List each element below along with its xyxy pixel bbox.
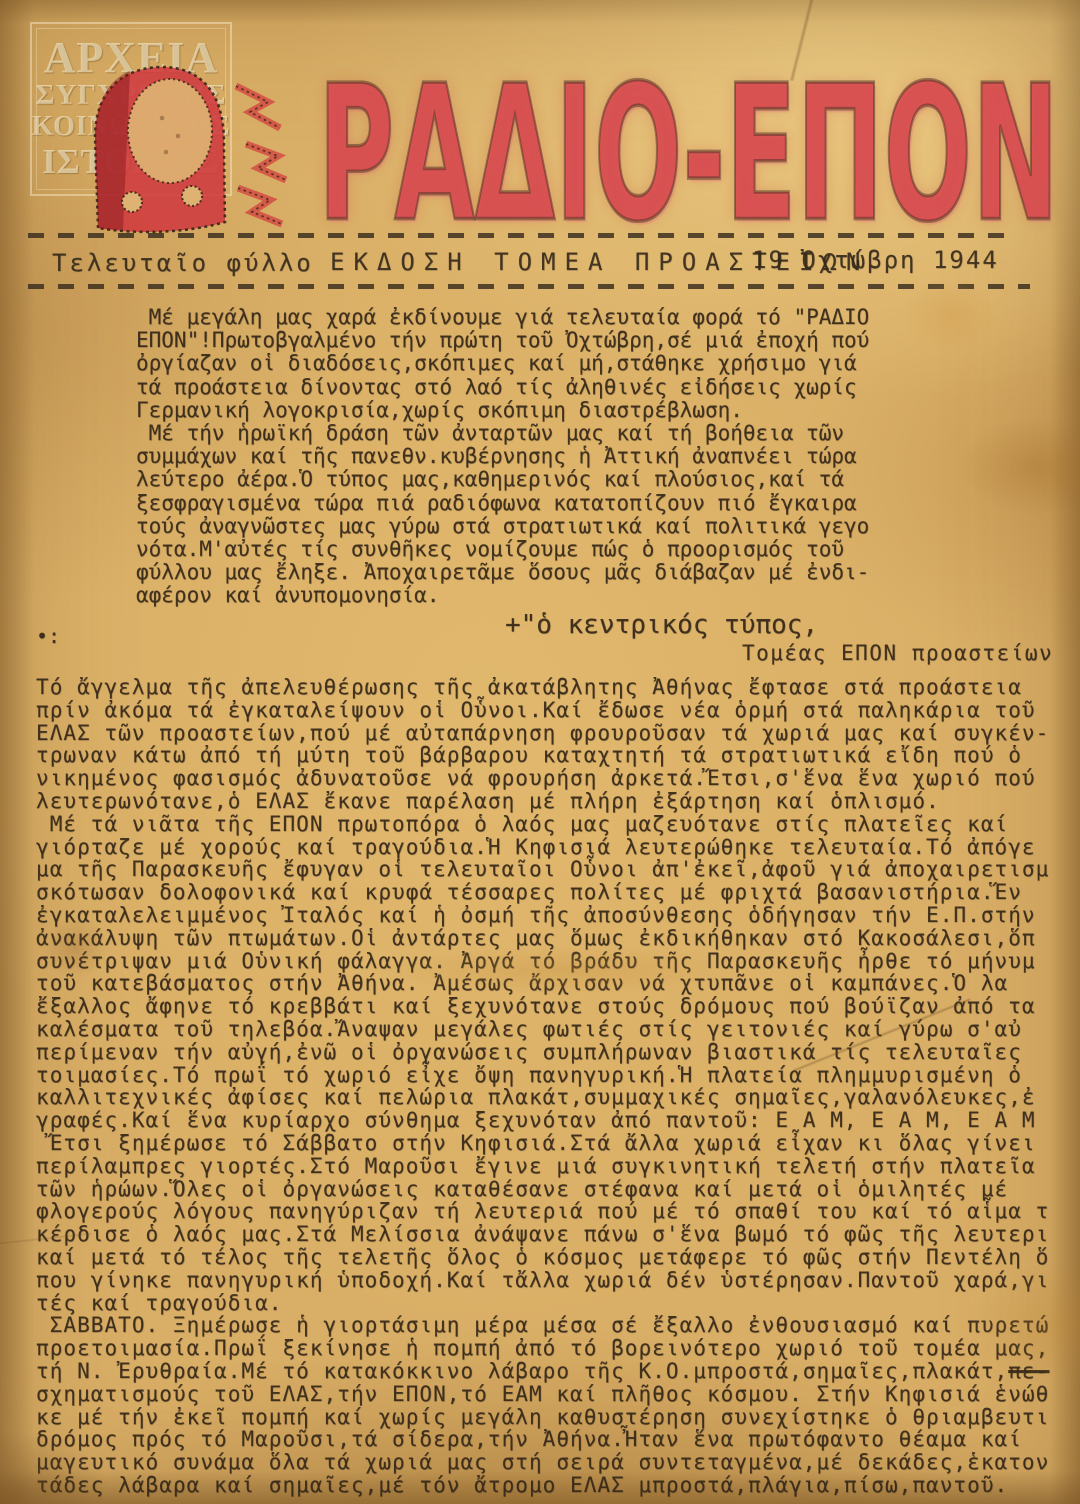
signature-press: +"ὁ κεντρικός τύπος, (505, 610, 818, 640)
text-line: Τό ἄγγελμα τῆς ἀπελευθέρωσης τῆς ἀκατάβλ… (36, 676, 1066, 699)
text-line: φύλλου μας ἔληξε. Ἀποχαιρετᾶμε ὅσους μᾶς… (136, 561, 906, 584)
margin-mark: •: (36, 624, 60, 648)
text-line: περίμεναν τήν αὐγή,ἐνῶ οἱ ὀργανώσεις συμ… (36, 1041, 1066, 1064)
text-line: σχηματισμούς τοῦ ΕΛΑΣ,τήν ΕΠΟΝ,τό ΕΑΜ κα… (36, 1383, 1066, 1406)
text-line: μαγευτικό συνάμα ὅλα τά χωριά μας στή σε… (36, 1451, 1066, 1474)
radio-drawing (74, 52, 316, 240)
text-line: προετοιμασία.Πρωΐ ξεκίνησε ἡ πομπή ἀπό τ… (36, 1337, 1066, 1360)
text-line: αφέρον καί ἀνυπομονησία. (136, 584, 906, 607)
text-line: ὀργίαζαν οἱ διαδόσεις,σκόπιμες καί μή,στ… (136, 352, 906, 375)
text-line: καλλιτεχνικές ἀφίσες καί πελώρια πλακάτ,… (36, 1086, 1066, 1109)
text-line: τές καί τραγούδια. (36, 1292, 1066, 1315)
text-line: τοῦ κατεβάσματος στήν Ἀθήνα. Ἀμέσως ἄρχι… (36, 972, 1066, 995)
sound-waves-icon (236, 86, 286, 224)
text-line: λευτερωνότανε,ὁ ΕΛΑΣ ἔκανε παρέλαση μέ π… (36, 790, 1066, 813)
text-line: ξεσφραγισμένα τώρα πιά ραδιόφωνα κατατοπ… (136, 492, 906, 515)
radio-knob (182, 186, 202, 206)
dashed-rule-bottom (28, 284, 1030, 289)
text-line: καλέσματα τοῦ τηλεβόα.Ἄναψαν μεγάλες φωτ… (36, 1018, 1066, 1041)
text-line: πρίν ἀκόμα τά ἐγκαταλείψουν οἱ Οὗνοι.Καί… (36, 699, 1066, 722)
text-line: γιόρταζε μέ χορούς καί τραγούδια.Ἡ Κηφισ… (36, 836, 1066, 859)
text-line: καί μετά τό τέλος τῆς τελετῆς ὅλος ὁ κόσ… (36, 1246, 1066, 1269)
text-line: γραφές.Καί ἕνα κυρίαρχο σύνθημα ξεχυνότα… (36, 1109, 1066, 1132)
text-line: συνέτριψαν μιά Οὑνική φάλαγγα. Ἀργά τό β… (36, 950, 1066, 973)
text-line: τή Ν. Ἐρυθραία.Μέ τό κατακόκκινο λάβαρο … (36, 1360, 1066, 1383)
article-liberation: Τό ἄγγελμα τῆς ἀπελευθέρωσης τῆς ἀκατάβλ… (36, 676, 1066, 1497)
masthead-issue-note: Τελευταῖο φύλλο (52, 249, 314, 277)
text-line: μα τῆς Παρασκευῆς ἔφυγαν οἱ τελευταῖοι Ο… (36, 858, 1066, 881)
text-line: τούς ἀναγνῶστες μας γύρω στά στρατιωτικά… (136, 515, 906, 538)
text-line: συμμάχων καί τῆς πανεθν.κυβέρνησης ἡ Ἀττ… (136, 445, 906, 468)
text-line: τάδες λάβαρα καί σημαῖες,μέ τόν ἄτρομο Ε… (36, 1474, 1066, 1497)
text-line: τά προάστεια δίνοντας στό λαό τίς ἀληθιν… (136, 376, 906, 399)
text-line: κέρδισε ὁ λαός μας.Στά Μελίσσια ἀνάψανε … (36, 1223, 1066, 1246)
text-line: νότα.Μ'αὐτές τίς συνθῆκες νομίζουμε πώς … (136, 538, 906, 561)
text-line: Μέ τήν ἡρωϊκή δράση τῶν ἀνταρτῶν μας καί… (136, 422, 906, 445)
text-line: ἔξαλλος ἄφηνε τό κρεββάτι καί ξεχυνότανε… (36, 995, 1066, 1018)
text-line: τῶν ἡρώων.Ὅλες οἱ ὀργανώσεις καταθέσανε … (36, 1178, 1066, 1201)
text-line: τρωναν κάτω ἀπό τή μύτη τοῦ βάρβαρου κατ… (36, 744, 1066, 767)
text-line: νικημένος φασισμός ἀδυνατοῦσε νά φρουρήσ… (36, 767, 1066, 790)
text-line: Ἔτσι ξημέρωσε τό Σάββατο στήν Κηφισιά.Στ… (36, 1132, 1066, 1155)
text-line: τοιμασίες.Τό πρωΐ τό χωριό εἶχε ὄψη πανη… (36, 1064, 1066, 1087)
article-farewell: Μέ μεγάλη μας χαρά ἐκδίνουμε γιά τελευτα… (136, 306, 906, 608)
text-line: Μέ τά νιᾶτα τῆς ΕΠΟΝ πρωτοπόρα ὁ λαός μα… (36, 813, 1066, 836)
text-line: ἐγκαταλελειμμένος Ἰταλός καί ἡ ὀσμή τῆς … (36, 904, 1066, 927)
text-line: ἀνακάλυψη τῶν πτωμάτων.Οἱ ἀντάρτες μας ὅ… (36, 927, 1066, 950)
text-line: δρόμος πρός τό Μαροῦσι,τά σίδερα,τήν Ἀθή… (36, 1428, 1066, 1451)
text-line: ΕΛΑΣ τῶν προαστείων,πού μέ αὐταπάρνηση φ… (36, 722, 1066, 745)
signature-sector: Τομέας ΕΠΟΝ προαστείων (742, 641, 1053, 665)
newspaper-page: ΑΡΧΕΙΑ ΣΥΓΧΡΟΝΗΣ ΚΟΙΝΩΝΙΚΗΣ ΙΣΤΟΡΙΑΣ (0, 0, 1080, 1504)
radio-logo-icon (74, 52, 316, 240)
text-line: Γερμανική λογοκρισία,χωρίς σκόπιμη διαστ… (136, 399, 906, 422)
radio-grille (128, 79, 212, 183)
masthead-title: ΡΑΔΙΟ-ΕΠΟΝ (318, 53, 1059, 255)
text-line: κε μέ τήν ἐκεῖ πομπή καί χωρίς μεγάλη κα… (36, 1406, 1066, 1429)
text-line: λεύτερο ἀέρα.Ὁ τύπος μας,καθημερινός καί… (136, 468, 906, 491)
radio-knob (122, 192, 142, 212)
text-line: ΕΠΟΝ"!Πρωτοβγαλμένο τήν πρώτη τοῦ Ὀχτώβρ… (136, 329, 906, 352)
text-line: ΣΑΒΒΑΤΟ. Ξημέρωσε ἡ γιορτάσιμη μέρα μέσα… (36, 1314, 1066, 1337)
text-line: Μέ μεγάλη μας χαρά ἐκδίνουμε γιά τελευτα… (136, 306, 906, 329)
text-line: σκότωσαν δολοφονικά καί κρυφά τέσσαρες π… (36, 881, 1066, 904)
text-line: που γίνηκε πανηγυρική ὑποδοχή.Καί τἄλλα … (36, 1269, 1066, 1292)
text-line: φλογερούς λόγους πανηγύριζαν τή λευτεριά… (36, 1200, 1066, 1223)
text-line: περίλαμπρες γιορτές.Στό Μαροῦσι ἔγινε μι… (36, 1155, 1066, 1178)
